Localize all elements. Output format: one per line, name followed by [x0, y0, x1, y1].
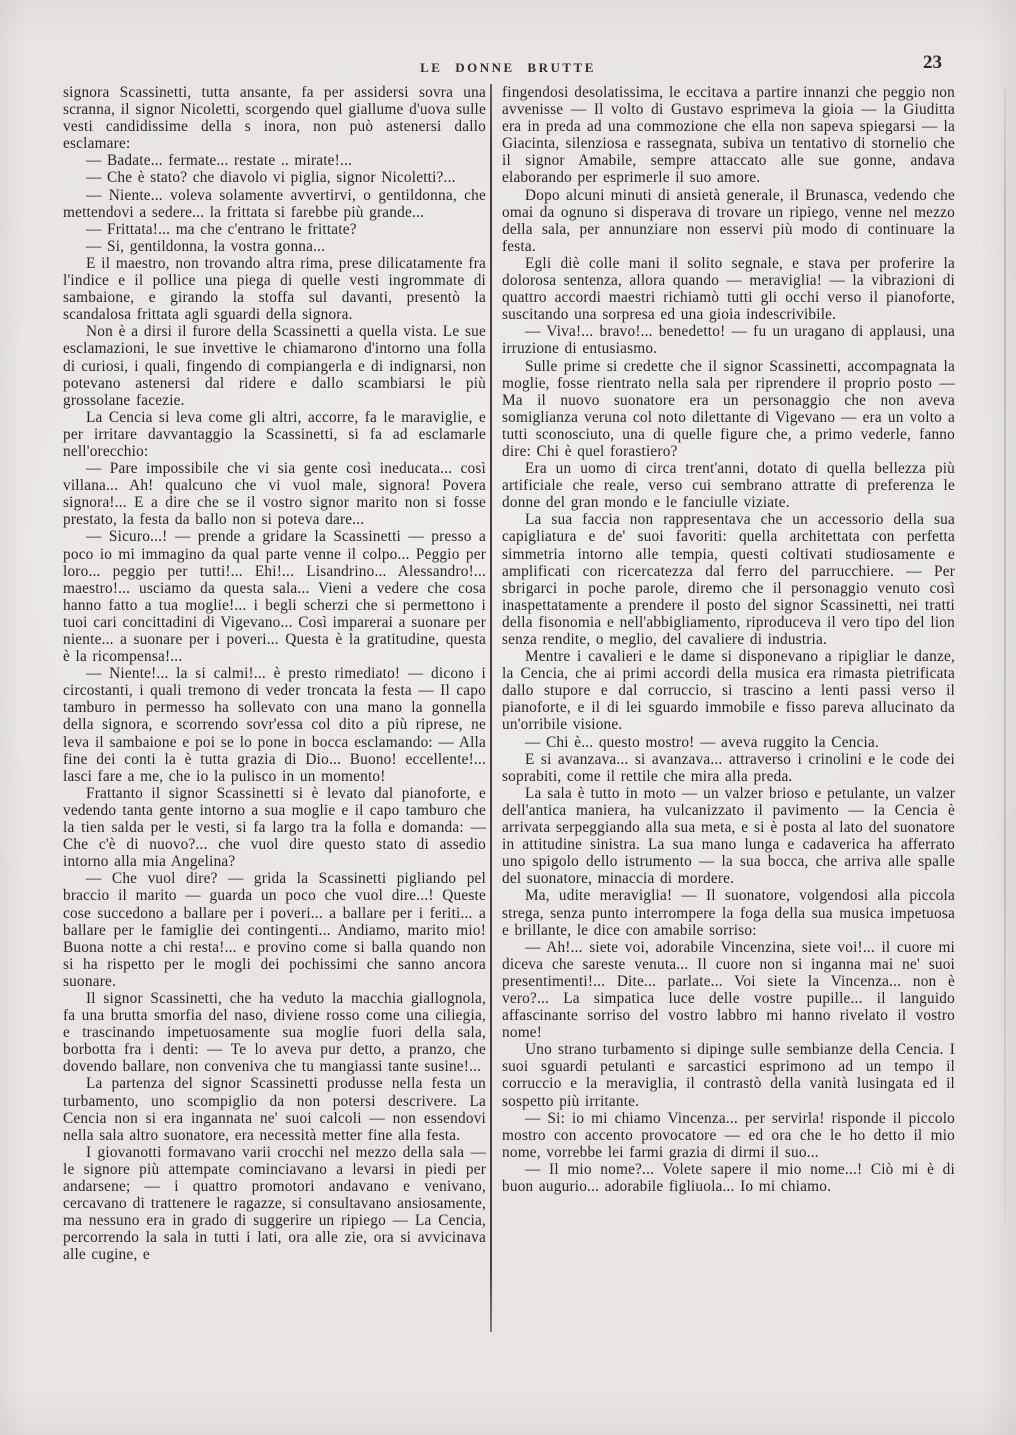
- book-page: LE DONNE BRUTTE 23 signora Scassinetti, …: [0, 0, 1016, 1435]
- paragraph: Non è a dirsi il furore della Scassinett…: [63, 323, 486, 408]
- paragraph: — Si, gentildonna, la vostra gonna...: [63, 238, 486, 255]
- paragraph: — Pare impossibile che vi sia gente così…: [63, 460, 486, 528]
- paragraph: signora Scassinetti, tutta ansante, fa p…: [63, 84, 486, 152]
- paragraph: — Badate... fermate... restate .. mirate…: [63, 152, 486, 169]
- paragraph: — Si: io mi chiamo Vincenza... per servi…: [502, 1110, 955, 1161]
- column-divider-rule: [490, 84, 492, 1332]
- paragraph: — Frittata!... ma che c'entrano le fritt…: [63, 221, 486, 238]
- right-column: fingendosi desolatissima, le eccitava a …: [502, 84, 955, 1195]
- paragraph: Mentre i cavalieri e le dame si disponev…: [502, 648, 955, 733]
- paragraph: — Il mio nome?... Volete sapere il mio n…: [502, 1161, 955, 1195]
- paragraph: — Niente!... la si calmi!... è presto ri…: [63, 665, 486, 785]
- paragraph: Era un uomo di circa trent'anni, dotato …: [502, 460, 955, 511]
- paragraph: La partenza del signor Scassinetti produ…: [63, 1075, 486, 1143]
- paragraph: — Viva!... bravo!... benedetto! — fu un …: [502, 323, 955, 357]
- paragraph: E si avanzava... si avanzava... attraver…: [502, 751, 955, 785]
- paragraph: — Niente... voleva solamente avvertirvi,…: [63, 187, 486, 221]
- paragraph: La Cencia si leva come gli altri, accorr…: [63, 409, 486, 460]
- paragraph: Il signor Scassinetti, che ha veduto la …: [63, 990, 486, 1075]
- paragraph: fingendosi desolatissima, le eccitava a …: [502, 84, 955, 187]
- paragraph: Frattanto il signor Scassinetti si è lev…: [63, 785, 486, 870]
- paragraph: — Che vuol dire? — grida la Scassinetti …: [63, 870, 486, 990]
- paragraph: La sua faccia non rappresentava che un a…: [502, 511, 955, 648]
- paragraph: Uno strano turbamento si dipinge sulle s…: [502, 1041, 955, 1109]
- paragraph: La sala è tutto in moto — un valzer brio…: [502, 785, 955, 888]
- left-column: signora Scassinetti, tutta ansante, fa p…: [63, 84, 486, 1263]
- paragraph: E il maestro, non trovando altra rima, p…: [63, 255, 486, 323]
- paragraph: Ma, udite meraviglia! — Il suonatore, vo…: [502, 887, 955, 938]
- text-columns: signora Scassinetti, tutta ansante, fa p…: [63, 84, 955, 1332]
- running-title: LE DONNE BRUTTE: [0, 60, 1016, 76]
- scan-artifact-line: [1004, 88, 1006, 1223]
- paragraph: — Ah!... siete voi, adorabile Vincenzina…: [502, 939, 955, 1042]
- page-number: 23: [923, 52, 942, 74]
- page-header: LE DONNE BRUTTE 23: [0, 52, 1016, 82]
- paragraph: — Sicuro...! — prende a gridare la Scass…: [63, 528, 486, 665]
- paragraph: — Chi è... questo mostro! — aveva ruggit…: [502, 734, 955, 751]
- paragraph: — Che è stato? che diavolo vi piglia, si…: [63, 169, 486, 186]
- paragraph: I giovanotti formavano varii crocchi nel…: [63, 1144, 486, 1264]
- paragraph: Dopo alcuni minuti di ansietà generale, …: [502, 187, 955, 255]
- paragraph: Sulle prime si credette che il signor Sc…: [502, 358, 955, 461]
- paragraph: Egli diè colle mani il solito segnale, e…: [502, 255, 955, 323]
